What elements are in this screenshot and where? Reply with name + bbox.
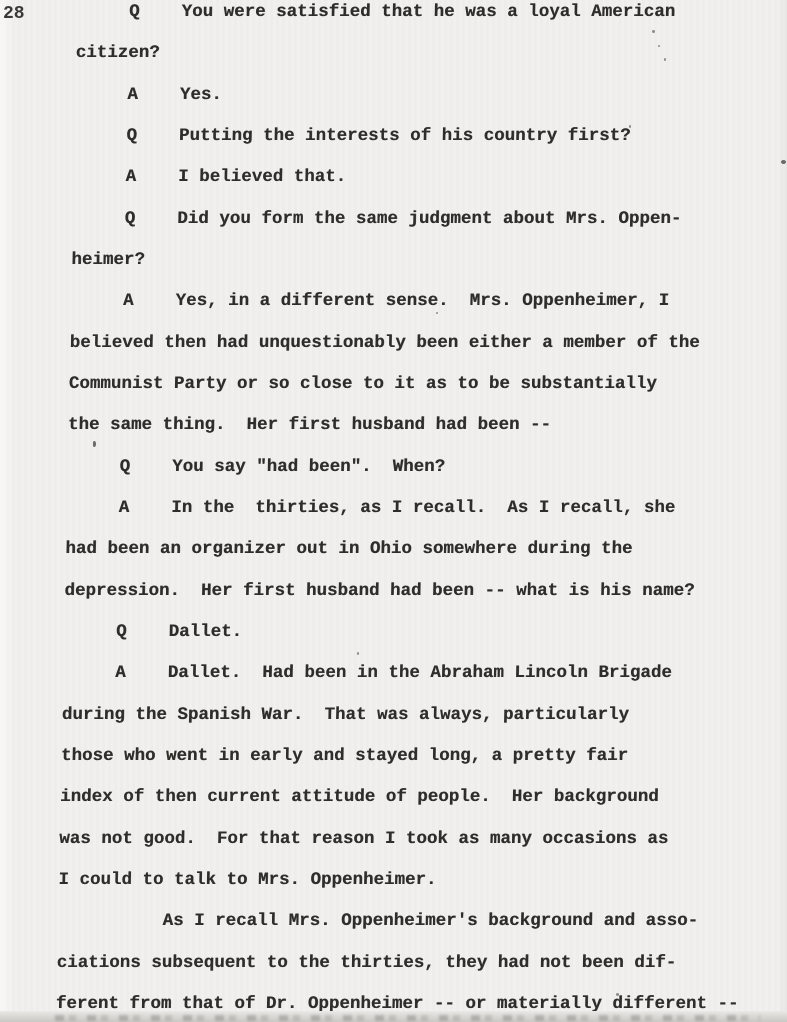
transcript-line: during the Spanish War. That was always,… (61, 695, 772, 736)
transcript-line: Q Did you form the same judgment about M… (72, 199, 783, 240)
transcript-line: A I believed that. (73, 157, 784, 198)
transcript-line: I could to talk to Mrs. Oppenheimer. (58, 860, 769, 901)
transcript-line: A Yes. (74, 75, 785, 116)
transcript-line: depression. Her first husband had been -… (64, 571, 775, 612)
transcript-line: those who went in early and stayed long,… (61, 736, 772, 777)
transcript-line: citizen? (75, 33, 786, 74)
scan-speck (616, 993, 619, 996)
transcript-line: Q You were satisfied that he was a loyal… (76, 0, 787, 33)
transcript-line: heimer? (71, 240, 782, 281)
transcript-line: was not good. For that reason I took as … (59, 819, 770, 860)
transcript-line: A Yes, in a different sense. Mrs. Oppenh… (70, 281, 781, 322)
scan-speck (781, 160, 786, 164)
transcript-line: Q You say "had been". When? (67, 447, 778, 488)
transcript-line: Communist Party or so close to it as to … (68, 364, 779, 405)
transcript-line: A Dallet. Had been in the Abraham Lincol… (62, 653, 773, 694)
scan-speck (436, 312, 438, 314)
scan-speck (658, 45, 660, 47)
transcript-line: believed then had unquestionably been ei… (69, 323, 780, 364)
document-page: 28 Q You were satisfied that he was a lo… (0, 0, 787, 1022)
page-number: 28 (3, 4, 25, 24)
transcript-text-block: Q You were satisfied that he was a loyal… (55, 0, 787, 1022)
transcript-line: Q Putting the interests of his country f… (74, 116, 785, 157)
scan-cutoff-text-smudge (55, 1015, 760, 1021)
transcript-line: the same thing. Her first husband had be… (67, 405, 778, 446)
scan-speck (652, 30, 655, 33)
scan-bottom-edge (0, 1011, 787, 1022)
transcript-line: ciations subsequent to the thirties, the… (56, 943, 767, 984)
scan-speck (629, 125, 631, 128)
transcript-line: Q Dallet. (63, 612, 774, 653)
transcript-line: had been an organizer out in Ohio somewh… (65, 529, 776, 570)
transcript-line: As I recall Mrs. Oppenheimer's backgroun… (57, 901, 768, 942)
scan-speck (664, 58, 666, 61)
scan-speck (357, 652, 359, 655)
transcript-line: A In the thirties, as I recall. As I rec… (66, 488, 777, 529)
transcript-line: index of then current attitude of people… (60, 777, 771, 818)
